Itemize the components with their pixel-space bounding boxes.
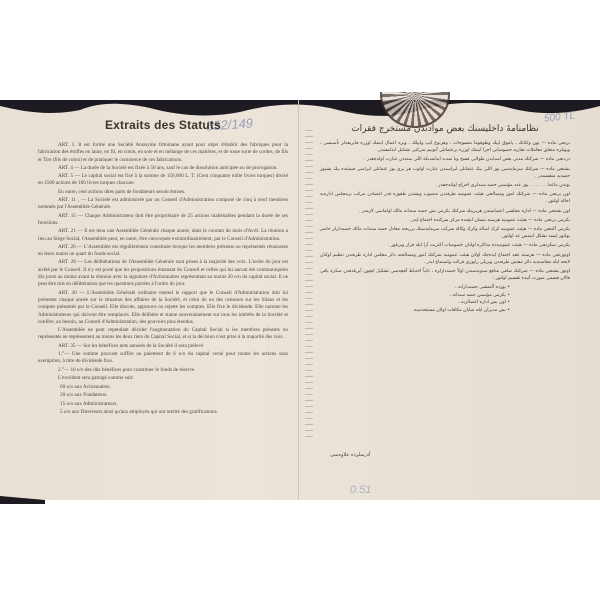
ottoman-statutes-column: نظامنامهٔ داخلیسنك بعض موادندن مستخرج فق… — [320, 124, 570, 314]
profit-distribution-list: 60 o/o aux Actionnaires.20 o/o aux Fonda… — [38, 383, 288, 416]
ottoman-distribution-item: اون بش اداره اعضالرنه ، — [320, 299, 510, 306]
article-paragraph: L'Assemblée ne peut cependant décider l'… — [38, 327, 288, 342]
ottoman-distribution-item: یوزده آلتمشی حصه‌دارانه ، — [320, 284, 510, 291]
ottoman-distribution-item: یکرمی مؤسس حصه سنداته ، — [320, 292, 510, 299]
french-statutes-column: Extraits des Statuts ART. 1. Il est form… — [38, 118, 288, 416]
ottoman-article-paragraph: اون برنجی ماده — شرکتك امور ومصالحی هیئت… — [320, 191, 570, 205]
ottoman-article-paragraph: برنجی ماده — یون وکتانك ، پاموق ایپك وطو… — [320, 140, 570, 154]
ottoman-distribution-list: یوزده آلتمشی حصه‌دارانه ،یکرمی مؤسس حصه … — [320, 284, 570, 314]
article-paragraph: ART. 15 — Chaque Administrateur doit êtr… — [38, 213, 288, 228]
ottoman-article-paragraph: دردنجی ماده — شرکتك مدتی بعض اسبابدن طول… — [320, 156, 570, 163]
distribution-item: 20 o/o aux Fondateurs. — [38, 391, 288, 399]
article-paragraph: 2.°— 10 o/o des dits bénéfices pour cons… — [38, 367, 288, 374]
page-fold — [298, 100, 299, 500]
ottoman-article-paragraph: یکرمی سکزنجی ماده — هیئت عمومیه‌ده مذاکر… — [320, 242, 570, 249]
ottoman-footer-note: آدرسلرده علاوه‌سی — [330, 452, 370, 458]
article-paragraph: ART. 26 — L'Assemblée est régulièrement … — [38, 244, 288, 259]
article-paragraph: En outre, cent actions dites parts de fo… — [38, 189, 288, 196]
article-paragraph: ART. 5 — Le capital social est fixé à la… — [38, 173, 288, 188]
ottoman-article-paragraph: بشنجی ماده — شرکتك سرمایه‌سی یوز اللی بی… — [320, 166, 570, 180]
article-paragraph: ART. 35 — Sur les bénéfices nets annuels… — [38, 343, 288, 350]
ottoman-distribution-item: بش مدیران ایله شایان مکافات اولان مستخدم… — [320, 307, 510, 314]
article-paragraph: ART. 21 — Il est tenu une Assemblée Géné… — [38, 228, 288, 243]
ottoman-title: نظامنامهٔ داخلیسنك بعض موادندن مستخرج فق… — [320, 124, 570, 134]
ottoman-article-paragraph: یکرمی آلتنجی ماده — هیئت عمومیه کرك اصال… — [320, 226, 570, 240]
distribution-item: 15 o/o aux Administrateurs. — [38, 400, 288, 408]
ottoman-articles-list: برنجی ماده — یون وکتانك ، پاموق ایپك وطو… — [320, 140, 570, 282]
ottoman-article-paragraph: بوندن ماعدا . . . . . . یوز عدد مؤسس حصه… — [320, 182, 570, 189]
article-paragraph: ART. 11 , — La Société est administrée p… — [38, 197, 288, 212]
ottoman-article-paragraph: اوتوز بشنجی ماده — شرکتك صافی منافع سنوی… — [320, 268, 570, 282]
ottoman-article-paragraph: اوتوزنجی ماده — هرسنه عقد اجتماع ایده‌جك… — [320, 252, 570, 266]
article-paragraph: ART. 1. Il est formé une Société Anonyme… — [38, 142, 288, 164]
ottoman-article-paragraph: یکرمی برنجی ماده — هیئت عمومیه هرسنه نیس… — [320, 217, 570, 224]
distribution-item: 5 o/o aux Directeurs ainsi qu'aux employ… — [38, 408, 288, 416]
article-paragraph: ART. 28 — Les délibérations de l'Assembl… — [38, 259, 288, 288]
perforation-edge — [305, 130, 313, 440]
article-paragraph: 1.°— Une somme pouvant suffire au paieme… — [38, 351, 288, 366]
ottoman-article-paragraph: اون بشنجی ماده — اداره مجلسی اعضاسندن هر… — [320, 208, 570, 215]
article-paragraph: L'excédent sera partagé comme suit: — [38, 375, 288, 382]
article-paragraph: ART. 4 — La durée de la Société est fixé… — [38, 165, 288, 172]
distribution-item: 60 o/o aux Actionnaires. — [38, 383, 288, 391]
articles-list: ART. 1. Il est formé une Société Anonyme… — [38, 142, 288, 382]
bottom-left-shadow — [0, 492, 45, 504]
statutes-title: Extraits des Statuts — [38, 118, 288, 132]
article-paragraph: ART. 30 — L'Assemblée Générale ordinaire… — [38, 290, 288, 326]
handwritten-note: 0.51 — [350, 484, 371, 496]
